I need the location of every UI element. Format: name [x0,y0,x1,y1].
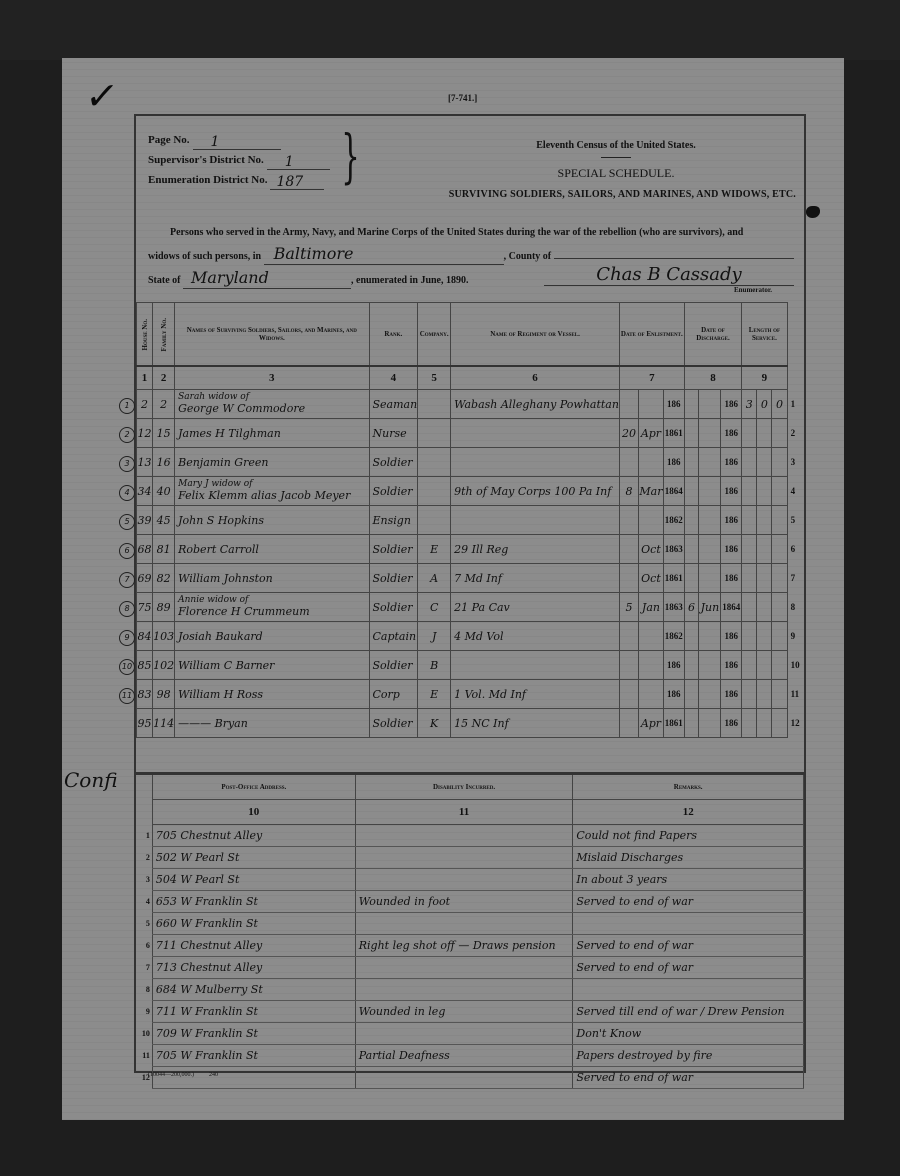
discharge-day [684,535,699,564]
soldier-name: Josiah Baukard [175,622,369,651]
rank: Soldier [369,448,418,477]
line-number: 5 [787,506,803,535]
col-service: Length of Service. [742,303,787,367]
regiment: 1 Vol. Md Inf [451,680,620,709]
enlist-month: Oct [639,564,664,593]
line-number: 8 [787,593,803,622]
enlist-month: Mar [639,477,664,506]
discharge-day: 6 [684,593,699,622]
enlist-month [639,448,664,477]
disability: Partial Deafness [355,1045,573,1067]
table-row: 9711 W Franklin StWounded in legServed t… [136,1001,804,1023]
disability [355,1067,573,1089]
service-months [757,477,772,506]
col-rank: Rank. [369,303,418,367]
service-days [772,564,787,593]
blank-header [136,774,152,800]
service-months [757,593,772,622]
line-number: 9 [787,622,803,651]
table-row: 8684 W Mulberry St [136,979,804,1001]
house-no: 539 [137,506,153,535]
service-months [757,622,772,651]
enlist-year: 186 [663,651,684,680]
service-months [757,506,772,535]
county-label: , County of [504,251,552,262]
circled-line-number: 2 [119,427,135,443]
enlist-year: 1861 [663,709,684,738]
line-number: 8 [136,979,152,1001]
service-days [772,535,787,564]
line-number: 10 [787,651,803,680]
company [418,506,451,535]
service-years [742,448,757,477]
company: B [418,651,451,680]
post-office-address: 502 W Pearl St [152,847,355,869]
enlist-year: 1864 [663,477,684,506]
discharge-year: 186 [721,535,742,564]
circled-line-number: 8 [119,601,135,617]
col-disability: Disability Incurred. [355,774,573,800]
schedule-subtitle: SURVIVING SOLDIERS, SAILORS, AND MARINES… [436,189,796,200]
house-no: 12 [137,390,153,419]
col-remarks: Remarks. [573,774,804,800]
remarks: Don't Know [573,1023,804,1045]
census-form: Page No.1 Supervisor's District No.1 Enu… [134,114,806,1073]
name-text: William C Barner [178,659,274,672]
disability: Right leg shot off — Draws pension [355,935,573,957]
col-num: 2 [153,366,175,390]
rank: Captain [369,622,418,651]
service-days [772,477,787,506]
rank: Soldier [369,564,418,593]
disability [355,979,573,1001]
soldier-name: James H Tilghman [175,419,369,448]
house-no-text: 34 [138,485,152,498]
house-no: 668 [137,535,153,564]
enlist-day [619,564,638,593]
discharge-day [684,564,699,593]
regiment [451,651,620,680]
enumerator-label: Enumerator. [734,286,772,294]
line-number: 11 [136,1045,152,1067]
enlist-year: 1861 [663,564,684,593]
rank: Seaman [369,390,418,419]
enlist-day [619,680,638,709]
place-field: Baltimore [264,243,504,265]
enlist-day [619,622,638,651]
name-text: Josiah Baukard [178,630,263,643]
description-line: Persons who served in the Army, Navy, an… [148,222,798,243]
house-no: 984 [137,622,153,651]
table-row: 6711 Chestnut AlleyRight leg shot off — … [136,935,804,957]
widow-note: Mary J widow of [178,480,368,489]
discharge-month [699,709,721,738]
discharge-month [699,477,721,506]
table-row: 1085102William C BarnerSoldierB18618610 [137,651,804,680]
house-no-text: 69 [138,572,152,585]
discharge-day [684,448,699,477]
footer-number: 240 [209,1072,218,1078]
service-months [757,535,772,564]
table-row: 95114——— BryanSoldierK15 NC InfApr186118… [137,709,804,738]
enlist-month: Apr [639,419,664,448]
table-row: 118398William H RossCorpE1 Vol. Md Inf18… [137,680,804,709]
line-number: 3 [787,448,803,477]
enlist-day [619,651,638,680]
service-days [772,593,787,622]
remarks: Served to end of war [573,891,804,913]
service-days [772,709,787,738]
remarks: Served to end of war [573,935,804,957]
discharge-month: Jun [699,593,721,622]
discharge-month [699,651,721,680]
soldier-name: William Johnston [175,564,369,593]
line-number: 1 [787,390,803,419]
post-office-address: 504 W Pearl St [152,869,355,891]
enlist-year: 186 [663,390,684,419]
col-num: 8 [684,366,742,390]
house-no-text: 75 [138,601,152,614]
enlist-year: 1861 [663,419,684,448]
table-row: 11705 W Franklin StPartial DeafnessPaper… [136,1045,804,1067]
house-no: 95 [137,709,153,738]
col-regiment: Name of Regiment or Vessel. [451,303,620,367]
line-number: 7 [787,564,803,593]
col-num: 5 [418,366,451,390]
table-row: 31316Benjamin GreenSoldier1861863 [137,448,804,477]
line-number: 11 [787,680,803,709]
enlist-month [639,651,664,680]
house-no-text: 68 [138,543,152,556]
service-years [742,477,757,506]
line-number: 2 [787,419,803,448]
family-no: 114 [153,709,175,738]
rank: Ensign [369,506,418,535]
discharge-month [699,419,721,448]
discharge-year: 186 [721,419,742,448]
discharge-year: 186 [721,651,742,680]
circled-line-number: 3 [119,456,135,472]
footer-code: (10044—200,000.) [148,1072,194,1078]
col-num: 10 [152,800,355,825]
blank-cell [136,800,152,825]
company [418,419,451,448]
line-number: 10 [136,1023,152,1045]
table-row: 66881Robert CarrollSoldierE29 Ill RegOct… [137,535,804,564]
service-days [772,448,787,477]
discharge-year: 186 [721,390,742,419]
remarks: Papers destroyed by fire [573,1045,804,1067]
state-field: Maryland [183,267,351,289]
discharge-year: 186 [721,448,742,477]
discharge-year: 186 [721,680,742,709]
regiment [451,419,620,448]
enumeration-district: 187 [270,175,324,190]
service-years [742,564,757,593]
form-title-block: Eleventh Census of the United States. SP… [436,140,796,200]
service-years [742,709,757,738]
service-days [772,680,787,709]
col-enlistment: Date of Enlistment. [619,303,684,367]
table-row: 3504 W Pearl StIn about 3 years [136,869,804,891]
circled-line-number: 7 [119,572,135,588]
soldier-name: John S Hopkins [175,506,369,535]
company: A [418,564,451,593]
rank: Nurse [369,419,418,448]
discharge-month [699,680,721,709]
regiment: 7 Md Inf [451,564,620,593]
soldiers-table: House No. Family No. Names of Surviving … [136,302,804,738]
house-no-text: 85 [138,659,152,672]
disability: Wounded in foot [355,891,573,913]
page-no-label: Page No. [148,130,190,150]
family-no: 82 [153,564,175,593]
company [418,390,451,419]
enlist-day [619,448,638,477]
line-number: 6 [136,935,152,957]
house-no: 769 [137,564,153,593]
family-no: 16 [153,448,175,477]
house-no-text: 2 [141,398,148,411]
col-names: Names of Surviving Soldiers, Sailors, an… [175,303,369,367]
table-row: 122Sarah widow ofGeorge W CommodoreSeama… [137,390,804,419]
house-no-text: 83 [138,688,152,701]
remarks: Served to end of war [573,957,804,979]
company [418,448,451,477]
enlist-year: 186 [663,680,684,709]
table-row: 10709 W Franklin StDon't Know [136,1023,804,1045]
name-text: James H Tilghman [178,427,281,440]
service-years [742,535,757,564]
family-no: 81 [153,535,175,564]
name-text: Benjamin Green [178,456,268,469]
district-info: Page No.1 Supervisor's District No.1 Enu… [148,130,330,190]
table-row: 984103Josiah BaukardCaptainJ4 Md Vol1862… [137,622,804,651]
line-number: 6 [787,535,803,564]
page-no: 1 [193,135,281,150]
family-no: 45 [153,506,175,535]
enlist-day [619,390,638,419]
post-office-address: 711 W Franklin St [152,1001,355,1023]
discharge-month [699,564,721,593]
title-rule [601,157,631,158]
circled-line-number: 10 [119,659,135,675]
header-row: Post-Office Address. Disability Incurred… [136,774,804,800]
service-months [757,448,772,477]
enlist-month [639,390,664,419]
service-days [772,506,787,535]
family-no: 89 [153,593,175,622]
name-text: George W Commodore [178,402,305,415]
soldier-name: Mary J widow ofFelix Klemm alias Jacob M… [175,477,369,506]
soldier-name: William H Ross [175,680,369,709]
post-office-address: 705 Chestnut Alley [152,825,355,847]
discharge-month [699,448,721,477]
rank: Soldier [369,593,418,622]
col-num: 12 [573,800,804,825]
discharge-day [684,622,699,651]
col-company: Company. [418,303,451,367]
house-no: 313 [137,448,153,477]
enlist-day: 5 [619,593,638,622]
discharge-day [684,709,699,738]
remarks: Mislaid Discharges [573,847,804,869]
table-row: 2502 W Pearl StMislaid Discharges [136,847,804,869]
regiment: Wabash Alleghany Powhattan [451,390,620,419]
company: K [418,709,451,738]
name-text: Robert Carroll [178,543,259,556]
footer-print-code: (10044—200,000.) 240 [148,1072,218,1078]
col-num: 6 [451,366,620,390]
regiment: 9th of May Corps 100 Pa Inf [451,477,620,506]
discharge-day [684,477,699,506]
col-num: 3 [175,366,369,390]
scan-border [0,0,900,60]
company: J [418,622,451,651]
enlist-year: 1863 [663,593,684,622]
post-office-address: 684 W Mulberry St [152,979,355,1001]
house-no-text: 13 [138,456,152,469]
remarks: Served till end of war / Drew Pension [573,1001,804,1023]
post-office-address: 653 W Franklin St [152,891,355,913]
regiment: 4 Md Vol [451,622,620,651]
schedule-title: SPECIAL SCHEDULE. [436,166,796,181]
enumerated-label: , enumerated in June, 1890. [351,275,469,286]
line-number: 12 [787,709,803,738]
post-office-address: 709 W Franklin St [152,1023,355,1045]
address-table-body: 1705 Chestnut AlleyCould not find Papers… [136,825,804,1089]
soldiers-table-body: 122Sarah widow ofGeorge W CommodoreSeama… [137,390,804,738]
regiment [451,506,620,535]
disability: Wounded in leg [355,1001,573,1023]
table-row: 12Served to end of war [136,1067,804,1089]
form-code: [7-741.] [448,93,477,103]
remarks [573,913,804,935]
house-no-text: 12 [138,427,152,440]
state-label: State of [148,275,181,286]
company [418,477,451,506]
rank: Soldier [369,535,418,564]
service-days [772,622,787,651]
line-number: 5 [136,913,152,935]
service-months [757,651,772,680]
line-number: 1 [136,825,152,847]
house-no-text: 84 [138,630,152,643]
name-text: Florence H Crummeum [178,605,310,618]
supervisor-district-label: Supervisor's District No. [148,150,264,170]
county-field [554,258,794,259]
soldier-name: William C Barner [175,651,369,680]
family-no: 98 [153,680,175,709]
column-number-row: 10 11 12 [136,800,804,825]
widows-prefix: widows of such persons, in [148,251,261,262]
widow-note: Sarah widow of [178,393,368,402]
line-number: 4 [787,477,803,506]
family-no: 102 [153,651,175,680]
discharge-year: 186 [721,506,742,535]
table-row: 43440Mary J widow ofFelix Klemm alias Ja… [137,477,804,506]
table-row: 21215James H TilghmanNurse20Apr18611862 [137,419,804,448]
service-years [742,419,757,448]
family-no: 40 [153,477,175,506]
name-text: William Johnston [178,572,273,585]
circled-line-number: 9 [119,630,135,646]
service-months [757,680,772,709]
discharge-month [699,622,721,651]
line-number: 4 [136,891,152,913]
service-years [742,593,757,622]
col-house-no: House No. [137,303,153,367]
enlist-day: 8 [619,477,638,506]
check-mark-icon: ✓ [83,74,121,118]
margin-note: Confi [64,768,118,792]
circled-line-number: 1 [119,398,135,414]
company: E [418,535,451,564]
name-text: William H Ross [178,688,263,701]
post-office-address: 713 Chestnut Alley [152,957,355,979]
company: E [418,680,451,709]
col-num: 4 [369,366,418,390]
table-row: 5660 W Franklin St [136,913,804,935]
table-row: 53945John S HopkinsEnsign18621865 [137,506,804,535]
disability [355,957,573,979]
line-number: 9 [136,1001,152,1023]
discharge-day [684,651,699,680]
circled-line-number: 4 [119,485,135,501]
enumeration-district-label: Enumeration District No. [148,170,267,190]
discharge-year: 1864 [721,593,742,622]
line-number: 2 [136,847,152,869]
enlist-year: 1862 [663,622,684,651]
discharge-day [684,680,699,709]
house-no: 875 [137,593,153,622]
header-row: House No. Family No. Names of Surviving … [137,303,804,367]
name-text: Felix Klemm alias Jacob Meyer [178,489,350,502]
table-row: 76982William JohnstonSoldierA7 Md InfOct… [137,564,804,593]
regiment: 29 Ill Reg [451,535,620,564]
soldier-name: Sarah widow ofGeorge W Commodore [175,390,369,419]
service-months [757,564,772,593]
discharge-year: 186 [721,564,742,593]
remarks: Could not find Papers [573,825,804,847]
discharge-day [684,506,699,535]
table-row: 87589Annie widow ofFlorence H CrummeumSo… [137,593,804,622]
table-row: 4653 W Franklin StWounded in footServed … [136,891,804,913]
remarks: Served to end of war [573,1067,804,1089]
service-months [757,419,772,448]
census-title: Eleventh Census of the United States. [436,140,796,151]
family-no: 15 [153,419,175,448]
enlist-month: Oct [639,535,664,564]
enumerator-signature: Chas B Cassady [544,264,794,286]
column-number-row: 1 2 3 4 5 6 7 8 9 [137,366,804,390]
enlist-month: Apr [639,709,664,738]
company: C [418,593,451,622]
discharge-month [699,535,721,564]
service-days [772,651,787,680]
rank: Corp [369,680,418,709]
family-no: 2 [153,390,175,419]
table-row: 1705 Chestnut AlleyCould not find Papers [136,825,804,847]
house-no: 1183 [137,680,153,709]
disability [355,847,573,869]
family-no: 103 [153,622,175,651]
discharge-year: 186 [721,477,742,506]
brace: } [341,126,359,186]
house-no: 434 [137,477,153,506]
soldier-name: Annie widow ofFlorence H Crummeum [175,593,369,622]
house-no: 212 [137,419,153,448]
